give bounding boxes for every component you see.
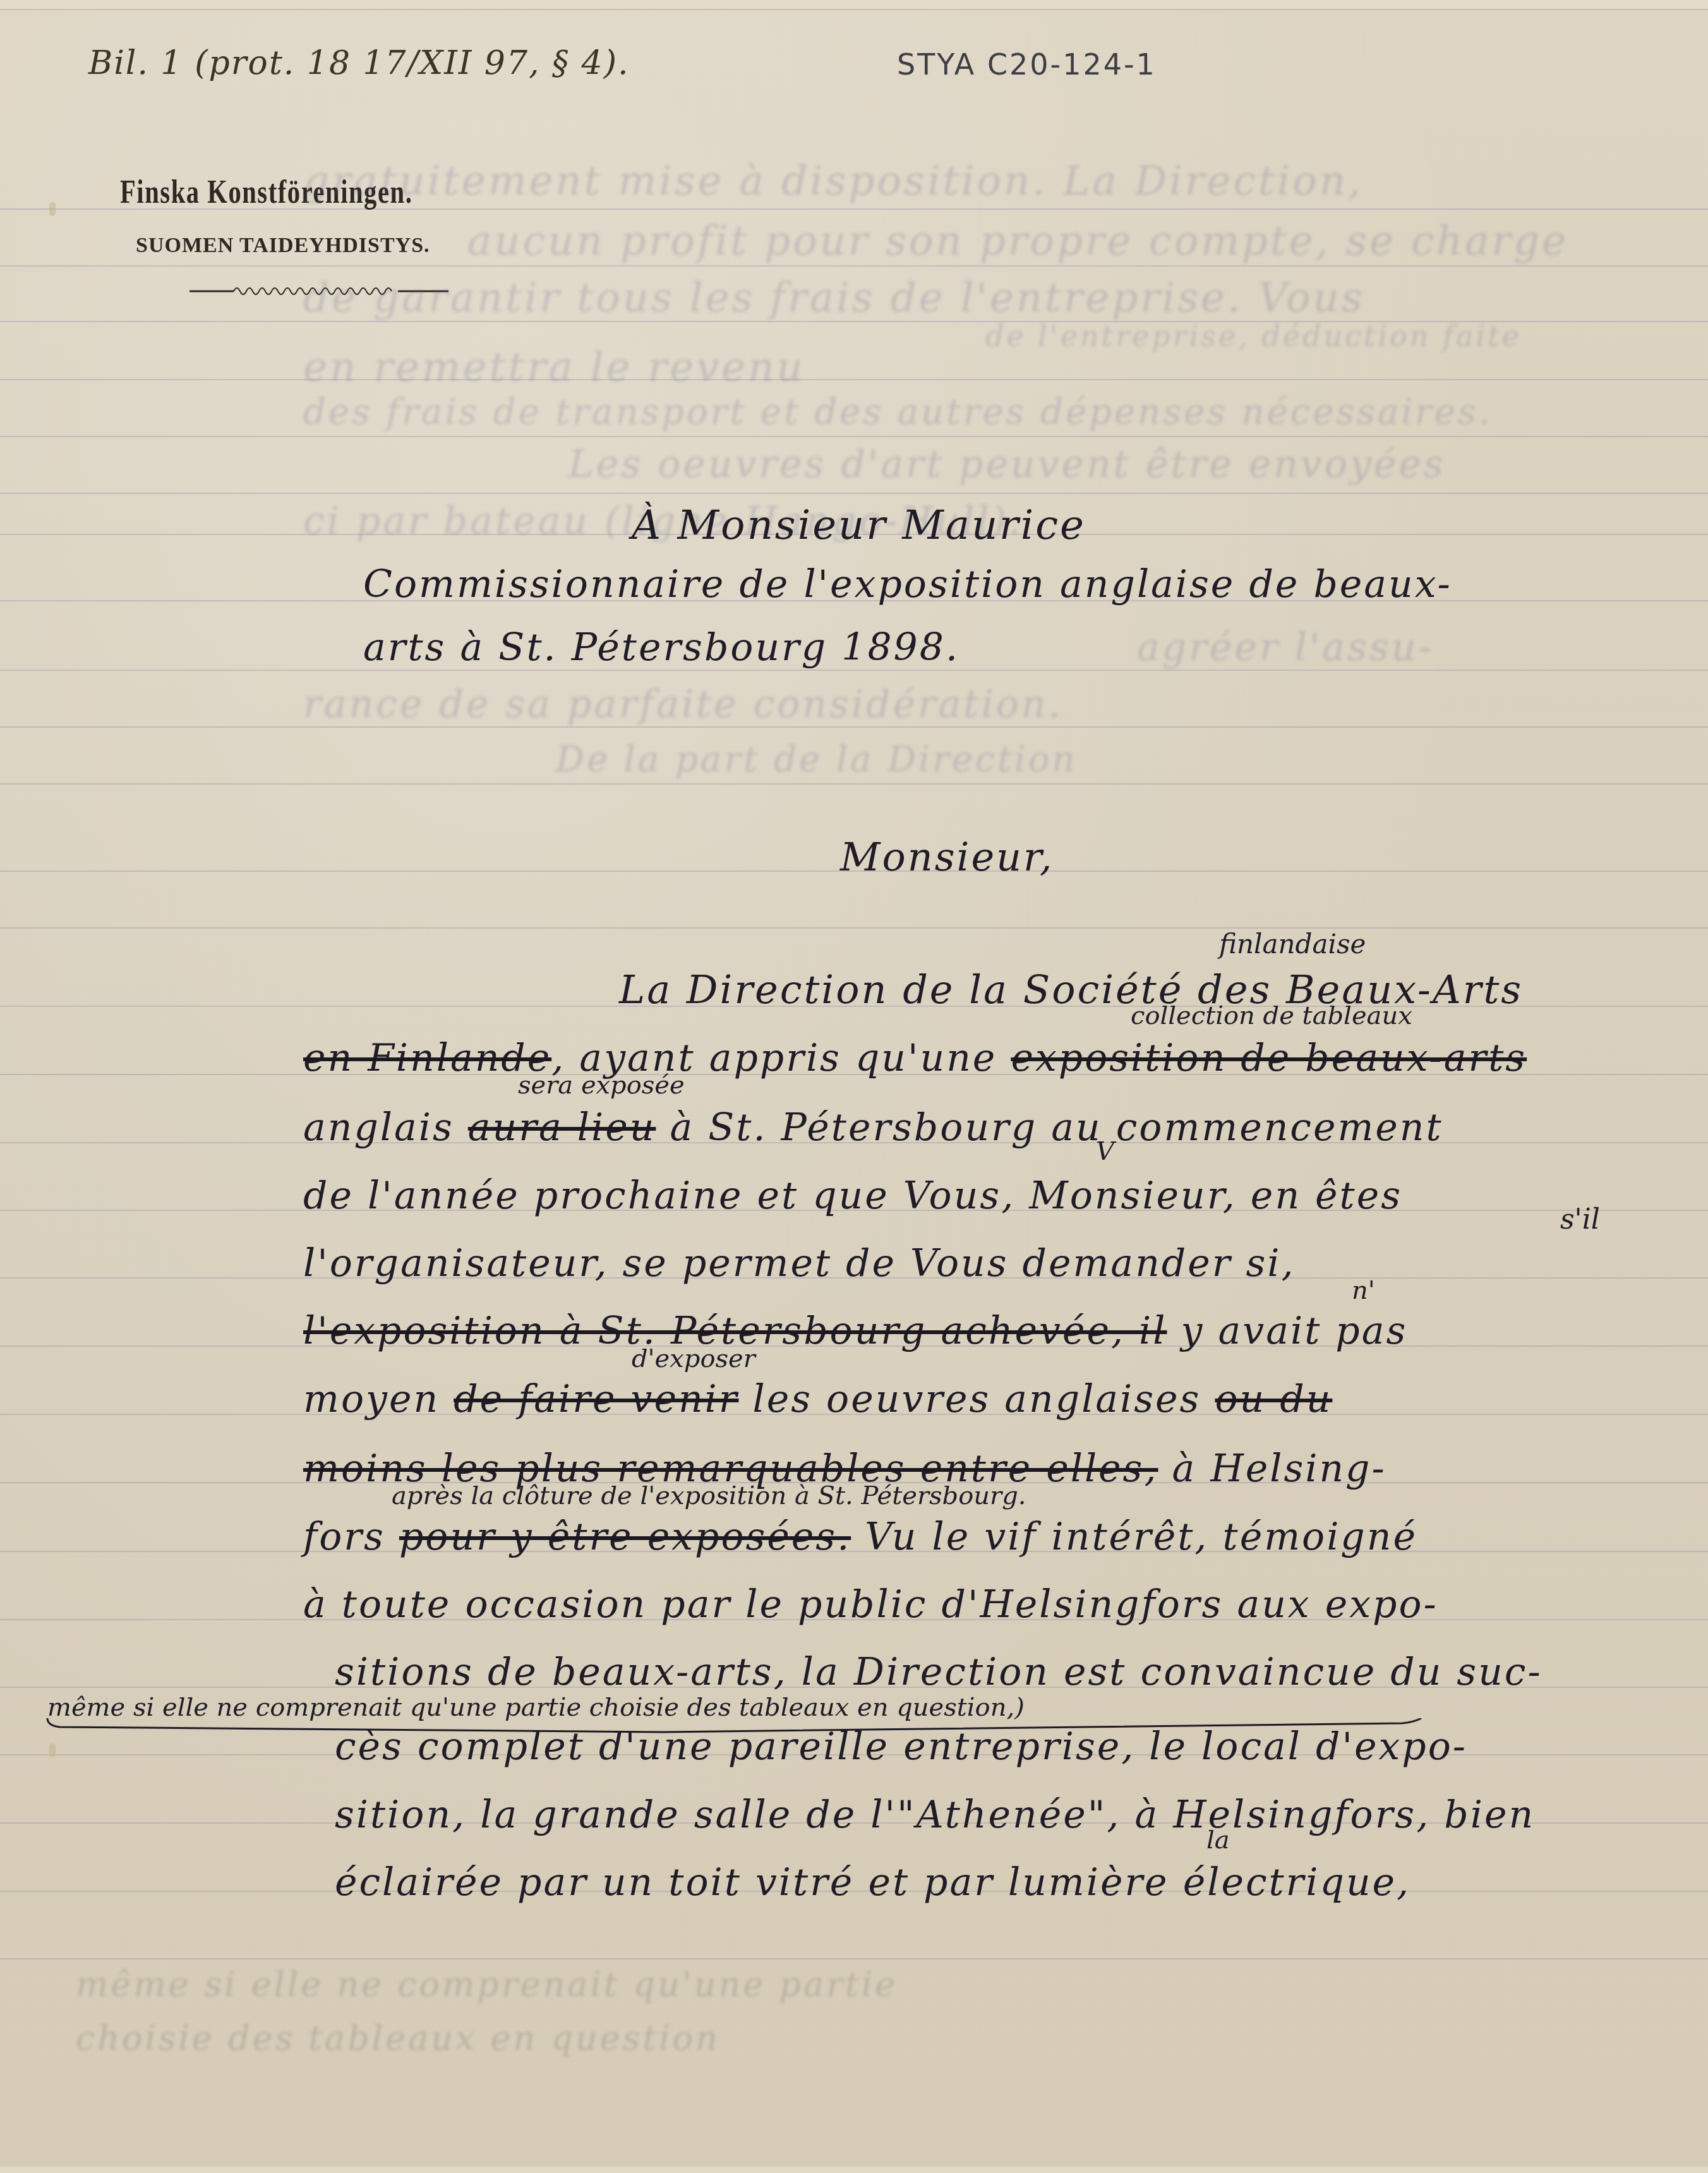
insertion-above: la xyxy=(1206,1826,1230,1855)
body-line: fors pour y être exposées. Vu le vif int… xyxy=(303,1515,1417,1559)
address-title-line: Commissionnaire de l'exposition anglaise… xyxy=(363,562,1452,606)
body-line: à toute occasion par le public d'Helsing… xyxy=(303,1582,1438,1627)
ruled-line xyxy=(0,493,1708,494)
pencil-note: même si elle ne comprenait qu'une partie xyxy=(76,1965,898,2004)
insertion-above: sera exposée xyxy=(518,1071,685,1100)
bleed-through-line: gratuitement mise à disposition. La Dire… xyxy=(303,158,1363,205)
body-line: de l'année prochaine et que Vous, Monsie… xyxy=(303,1174,1402,1218)
bleed-through-line: agréer l'assu- xyxy=(1137,625,1434,670)
body-line: l'exposition à St. Pétersbourg achevée, … xyxy=(303,1309,1407,1353)
deleted-text: aura lieu xyxy=(468,1105,656,1150)
insertion-above: finlandaise xyxy=(1219,929,1366,960)
ruled-line xyxy=(0,670,1708,671)
bleed-through-line: de l'entreprise, déduction faite xyxy=(985,319,1522,353)
body-line: l'organisateur, se permet de Vous demand… xyxy=(303,1241,1296,1285)
body-text: à Helsing- xyxy=(1158,1447,1386,1491)
insertion-above: collection de tableaux xyxy=(1131,1001,1412,1030)
body-text: moyen xyxy=(303,1377,454,1421)
bleed-through-line: aucun profit pour son propre compte, se … xyxy=(467,218,1568,265)
insertion-above: s'il xyxy=(1560,1203,1600,1236)
address-location-line: arts à St. Pétersbourg 1898. xyxy=(363,625,959,670)
address-recipient: À Monsieur Maurice xyxy=(632,502,1086,549)
deleted-text: ou du xyxy=(1215,1377,1332,1421)
archive-reference-stamp: STYA C20-124-1 xyxy=(897,47,1157,81)
body-line: sition, la grande salle de l'"Athenée", … xyxy=(335,1793,1535,1837)
scan-top-edge xyxy=(0,0,1708,10)
ruled-line xyxy=(0,783,1708,785)
margin-mark xyxy=(49,1743,56,1757)
body-line: en Finlande, ayant appris qu'une exposit… xyxy=(303,1036,1527,1080)
body-text: les oeuvres anglaises xyxy=(738,1377,1215,1421)
body-line: cès complet d'une pareille entreprise, l… xyxy=(335,1725,1467,1769)
body-line: sitions de beaux-arts, la Direction est … xyxy=(335,1650,1543,1694)
body-line: anglais aura lieu à St. Pétersbourg au c… xyxy=(303,1105,1443,1150)
scan-bottom-edge xyxy=(0,2167,1708,2173)
bleed-through-line: Les oeuvres d'art peuvent être envoyées xyxy=(568,442,1446,486)
ruled-line xyxy=(0,436,1708,437)
deleted-text: pour y être exposées. xyxy=(399,1515,851,1559)
bleed-through-line: en remettra le revenu xyxy=(303,344,805,391)
body-text: Vu le vif intérêt, témoigné xyxy=(851,1515,1417,1559)
body-text: anglais xyxy=(303,1105,468,1150)
ruled-line xyxy=(0,265,1708,267)
document-page: Bil. 1 (prot. 18 17/XII 97, § 4). STYA C… xyxy=(0,0,1708,2173)
body-text: y avait pas xyxy=(1167,1309,1407,1353)
bleed-through-line: des frais de transport et des autres dép… xyxy=(303,392,1493,433)
bleed-through-line: De la part de la Direction xyxy=(556,739,1077,780)
ruled-line xyxy=(0,379,1708,380)
letterhead-subtitle: SUOMEN TAIDEYHDISTYS. xyxy=(136,234,430,258)
salutation: Monsieur, xyxy=(840,834,1054,880)
deleted-text: de faire venir xyxy=(454,1377,738,1421)
pencil-note: choisie des tableaux en question xyxy=(76,2018,720,2058)
body-text: à St. Pétersbourg au commencement xyxy=(656,1105,1443,1150)
deleted-text: exposition de beaux-arts xyxy=(1011,1036,1527,1080)
ruled-line xyxy=(0,927,1708,929)
deleted-text: en Finlande xyxy=(303,1036,551,1080)
body-text: fors xyxy=(303,1515,399,1559)
margin-mark xyxy=(49,202,56,216)
insertion-above: d'exposer xyxy=(632,1344,755,1373)
ruled-line xyxy=(0,726,1708,728)
body-line: éclairée par un toit vitré et par lumièr… xyxy=(335,1860,1410,1905)
ruled-line xyxy=(0,1958,1708,1959)
insertion-above: V xyxy=(1096,1137,1114,1166)
archive-annotation: Bil. 1 (prot. 18 17/XII 97, § 4). xyxy=(88,44,630,82)
bleed-through-line: de garantir tous les frais de l'entrepri… xyxy=(303,275,1365,322)
insertion-above: n' xyxy=(1352,1276,1375,1305)
bleed-through-line: rance de sa parfaite considération. xyxy=(303,682,1062,726)
insertion-above: après la clôture de l'exposition à St. P… xyxy=(392,1481,1026,1510)
body-line: moyen de faire venir les oeuvres anglais… xyxy=(303,1377,1332,1421)
